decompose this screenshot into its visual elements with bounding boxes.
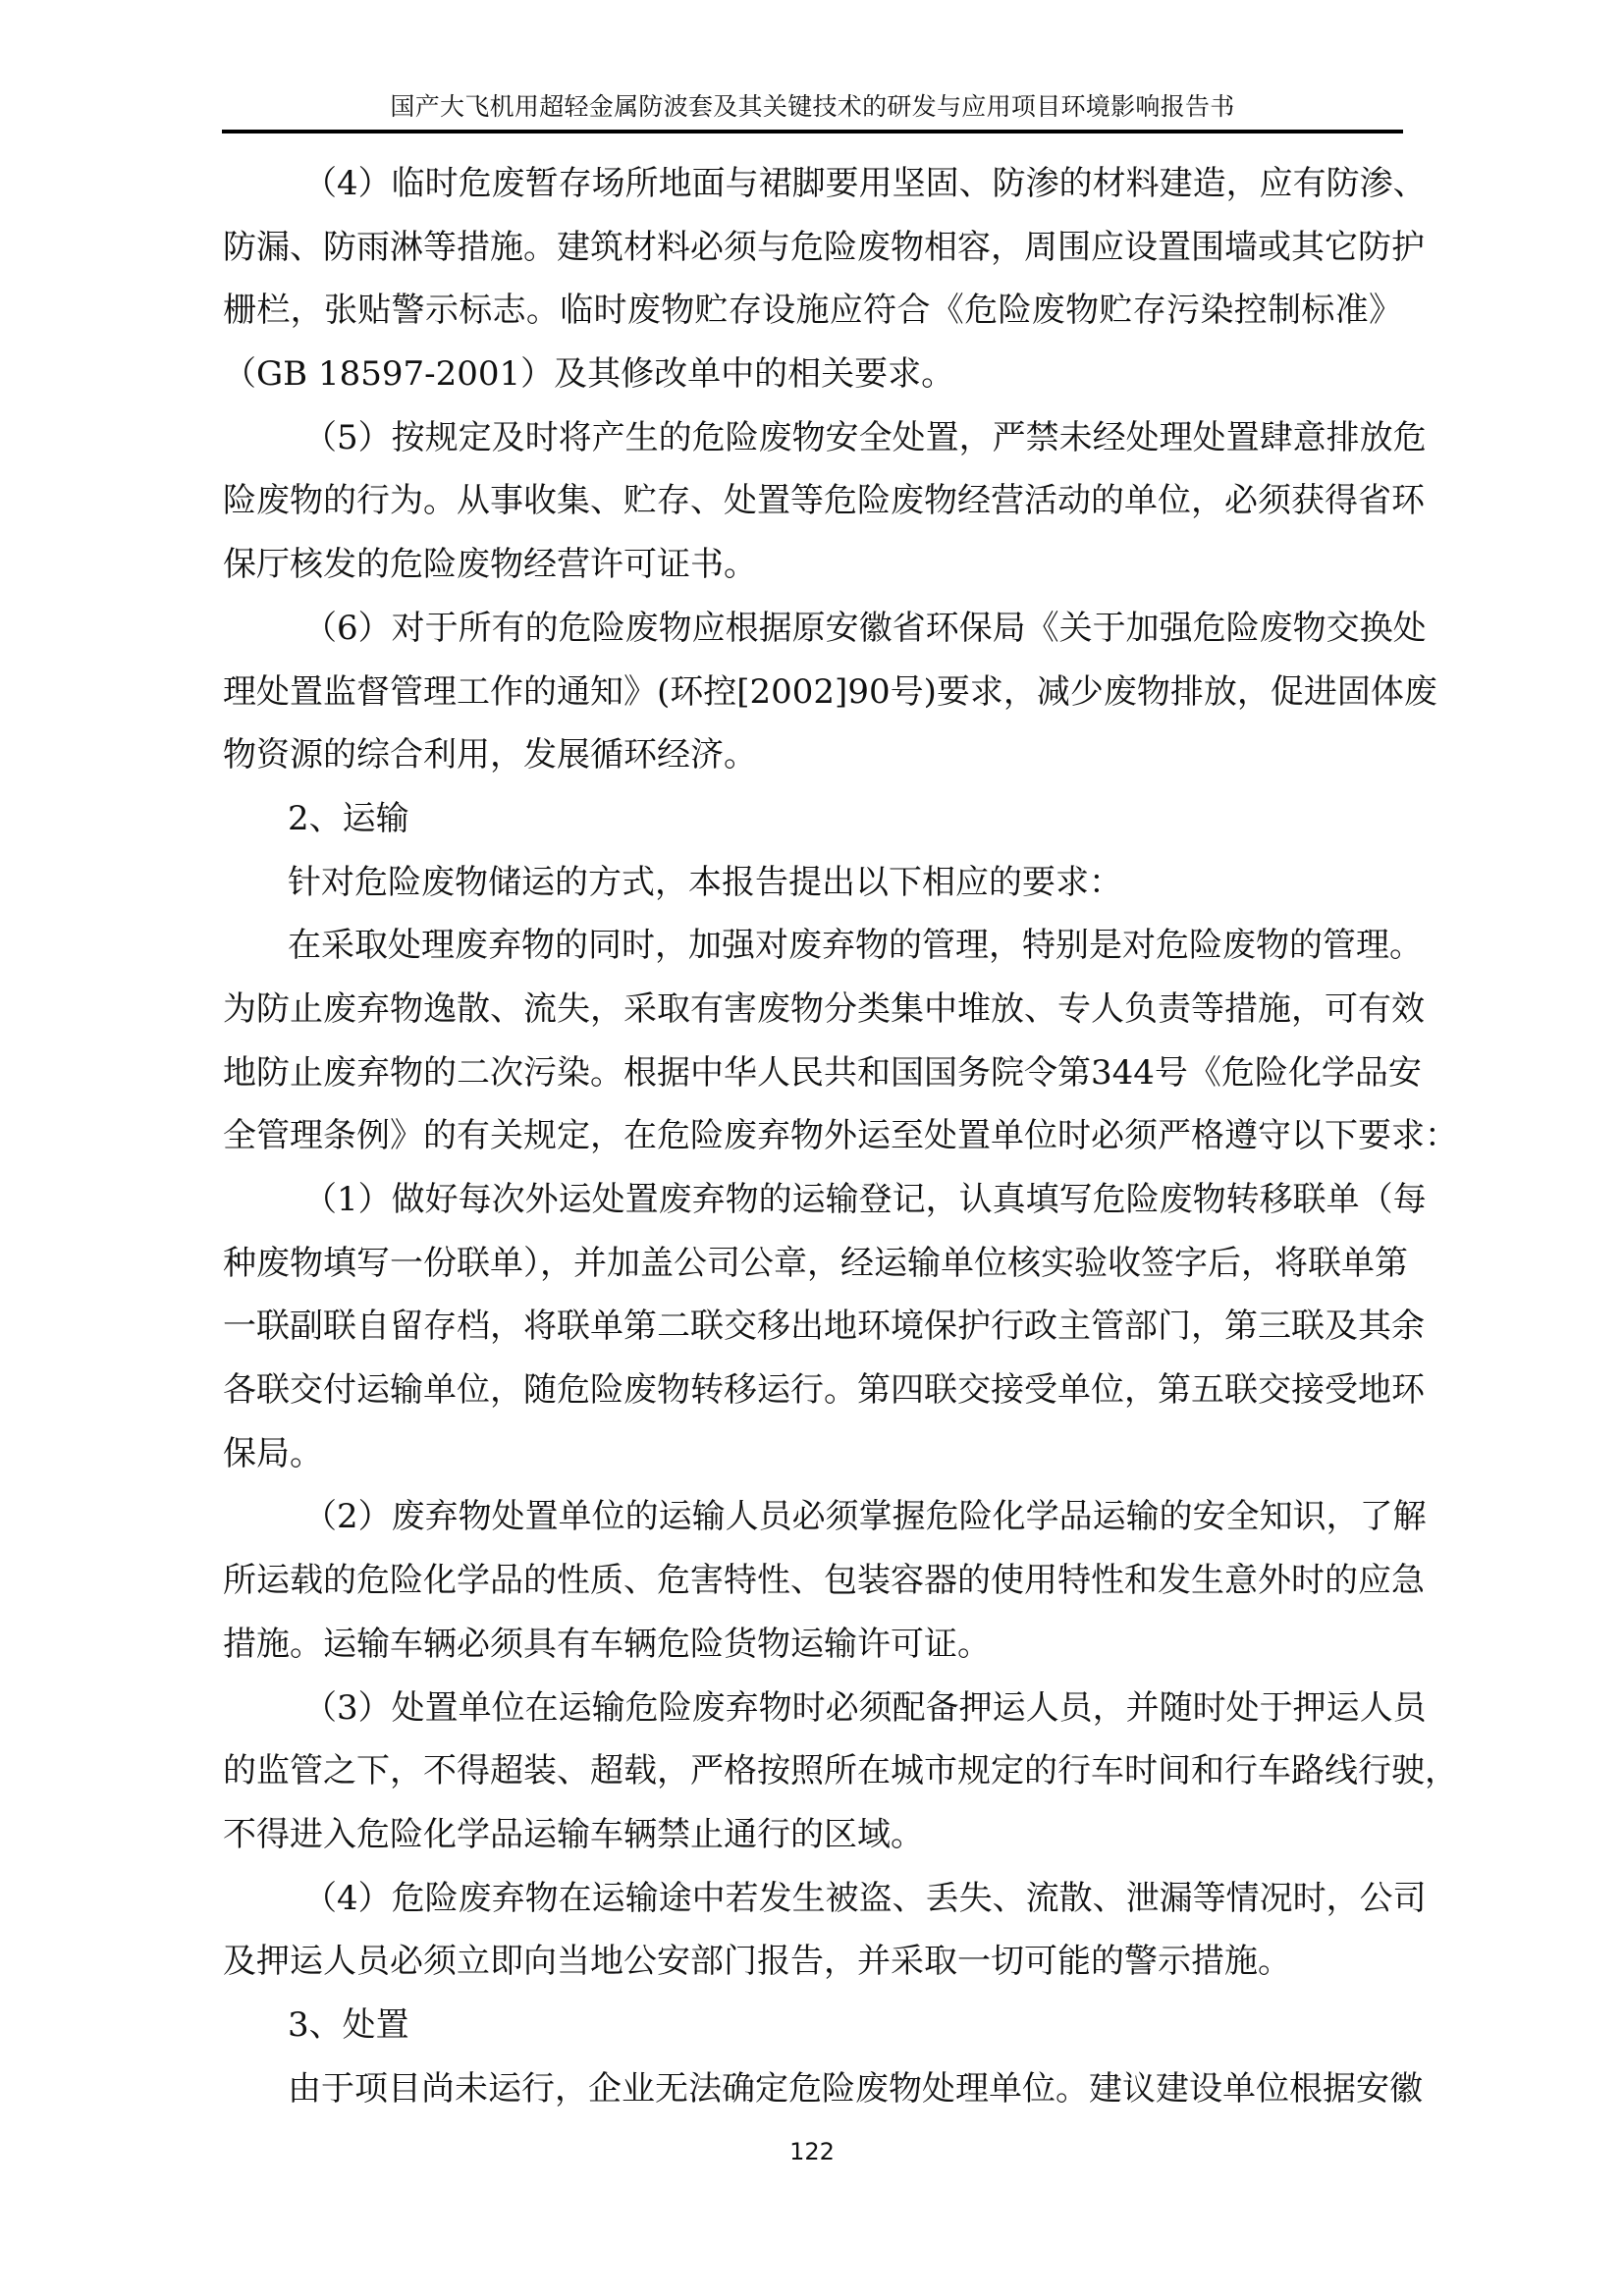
text-line: 不得进入危险化学品运输车辆禁止通行的区域。	[223, 1803, 1402, 1867]
text-line: 由于项目尚未运行，企业无法确定危险废物处理单位。建议建设单位根据安徽	[223, 2057, 1402, 2121]
text-line: （4）危险废弃物在运输途中若发生被盗、丢失、流散、泄漏等情况时，公司	[223, 1867, 1402, 1931]
text-line: 地防止废弃物的二次污染。根据中华人民共和国国务院令第344号《危险化学品安	[223, 1041, 1402, 1105]
text-line: （5）按规定及时将产生的危险废物安全处置，严禁未经处理处置肆意排放危	[223, 406, 1402, 470]
text-line: 全管理条例》的有关规定，在危险废弃物外运至处置单位时必须严格遵守以下要求：	[223, 1104, 1402, 1168]
text-line: 理处置监督管理工作的通知》(环控[2002]90号)要求，减少废物排放，促进固体…	[223, 661, 1402, 724]
document-page: 国产大飞机用超轻金属防波套及其关键技术的研发与应用项目环境影响报告书 （4）临时…	[0, 0, 1624, 2296]
body-text: （4）临时危废暂存场所地面与裙脚要用坚固、防渗的材料建造，应有防渗、 防漏、防雨…	[223, 152, 1402, 2120]
text-line: 的监管之下，不得超装、超载，严格按照所在城市规定的行车时间和行车路线行驶，	[223, 1739, 1402, 1803]
text-line: 险废物的行为。从事收集、贮存、处置等危险废物经营活动的单位，必须获得省环	[223, 469, 1402, 533]
text-line: 各联交付运输单位，随危险废物转移运行。第四联交接受单位，第五联交接受地环	[223, 1359, 1402, 1422]
text-line: （GB 18597-2001）及其修改单中的相关要求。	[223, 343, 1402, 406]
text-line: 物资源的综合利用，发展循环经济。	[223, 723, 1402, 787]
text-line: （1）做好每次外运处置废弃物的运输登记，认真填写危险废物转移联单（每	[223, 1168, 1402, 1232]
text-line: 为防止废弃物逸散、流失，采取有害废物分类集中堆放、专人负责等措施，可有效	[223, 978, 1402, 1041]
text-line: 保厅核发的危险废物经营许可证书。	[223, 533, 1402, 597]
section-heading-transport: 2、运输	[223, 787, 1402, 851]
text-line: 措施。运输车辆必须具有车辆危险货物运输许可证。	[223, 1613, 1402, 1677]
text-line: 栅栏，张贴警示标志。临时废物贮存设施应符合《危险废物贮存污染控制标准》	[223, 279, 1402, 343]
running-header: 国产大飞机用超轻金属防波套及其关键技术的研发与应用项目环境影响报告书	[222, 90, 1403, 124]
section-heading-disposal: 3、处置	[223, 1994, 1402, 2057]
text-line: （2）废弃物处置单位的运输人员必须掌握危险化学品运输的安全知识，了解	[223, 1485, 1402, 1549]
text-line: 针对危险废物储运的方式，本报告提出以下相应的要求：	[223, 851, 1402, 915]
text-line: 所运载的危险化学品的性质、危害特性、包装容器的使用特性和发生意外时的应急	[223, 1549, 1402, 1613]
text-line: （3）处置单位在运输危险废弃物时必须配备押运人员，并随时处于押运人员	[223, 1677, 1402, 1740]
page-number: 122	[0, 2138, 1624, 2165]
text-line: 及押运人员必须立即向当地公安部门报告，并采取一切可能的警示措施。	[223, 1930, 1402, 1994]
text-line: 防漏、防雨淋等措施。建筑材料必须与危险废物相容，周围应设置围墙或其它防护	[223, 216, 1402, 280]
text-line: （6）对于所有的危险废物应根据原安徽省环保局《关于加强危险废物交换处	[223, 597, 1402, 661]
text-line: 种废物填写一份联单），并加盖公司公章，经运输单位核实验收签字后，将联单第	[223, 1232, 1402, 1296]
header-rule-divider	[222, 130, 1403, 133]
text-line: 一联副联自留存档，将联单第二联交移出地环境保护行政主管部门，第三联及其余	[223, 1295, 1402, 1359]
text-line: 保局。	[223, 1422, 1402, 1486]
text-line: 在采取处理废弃物的同时，加强对废弃物的管理，特别是对危险废物的管理。	[223, 914, 1402, 978]
text-line: （4）临时危废暂存场所地面与裙脚要用坚固、防渗的材料建造，应有防渗、	[223, 152, 1402, 216]
